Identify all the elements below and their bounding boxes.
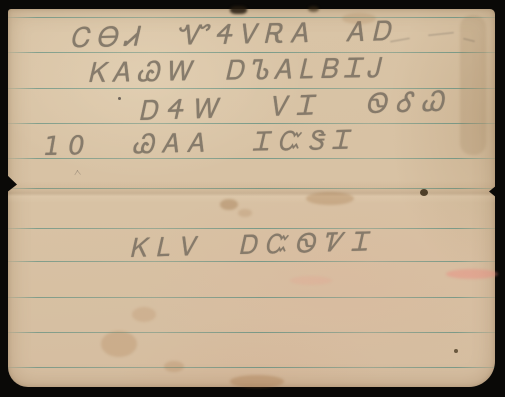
paper-stain [420, 189, 428, 196]
paper-stain [101, 331, 137, 357]
handwriting-line-2: ᏦᎪᏊᎳ ᎠᏖᎪᏞᏴᏆᎫ [87, 53, 385, 90]
handwriting-line-5: ᏦᏞᏙ ᎠᏨᏫᏤᏆ [129, 227, 376, 265]
note-paper: ᏟᎾᏗ ᏉᏎᏙᎡᎪ ᎪᎠ ᏦᎪᏊᎳ ᎠᏖᎪᏞᏴᏆᎫ ᎠᏎᎳ ᏙᏆ ᏫᎴᏇ 10 … [8, 9, 495, 387]
ruled-line [8, 332, 495, 333]
handwriting-line-3: ᎠᏎᎳ ᏙᏆ ᏫᎴᏇ [138, 86, 453, 128]
paper-stain [132, 307, 156, 322]
paper-stain [230, 375, 284, 388]
pencil-smudge [428, 32, 454, 37]
paper-stain [454, 349, 458, 353]
pink-mark [290, 276, 332, 285]
ruled-line [8, 17, 495, 18]
paper-stain [306, 192, 354, 205]
handwriting-line-4: 10 ᏊᎪᎪ ᏆᏨᏕᏆ [43, 125, 357, 163]
scan-background: ᏟᎾᏗ ᏉᏎᏙᎡᎪ ᎪᎠ ᏦᎪᏊᎳ ᎠᏖᎪᏞᏴᏆᎫ ᎠᏎᎳ ᏙᏆ ᏫᎴᏇ 10 … [0, 0, 505, 397]
paper-stain [342, 13, 376, 24]
paper-stain [460, 15, 486, 155]
pencil-dot [118, 97, 121, 100]
paper-stain [238, 209, 252, 217]
paper-stain [164, 361, 184, 372]
ruled-line [8, 297, 495, 298]
pink-mark [446, 269, 498, 279]
ruled-line [8, 228, 495, 229]
paper-stain [230, 6, 247, 14]
pencil-caret-mark [74, 170, 81, 175]
ruled-line [8, 367, 495, 368]
paper-stain [220, 199, 238, 210]
paper-stain [308, 6, 319, 12]
